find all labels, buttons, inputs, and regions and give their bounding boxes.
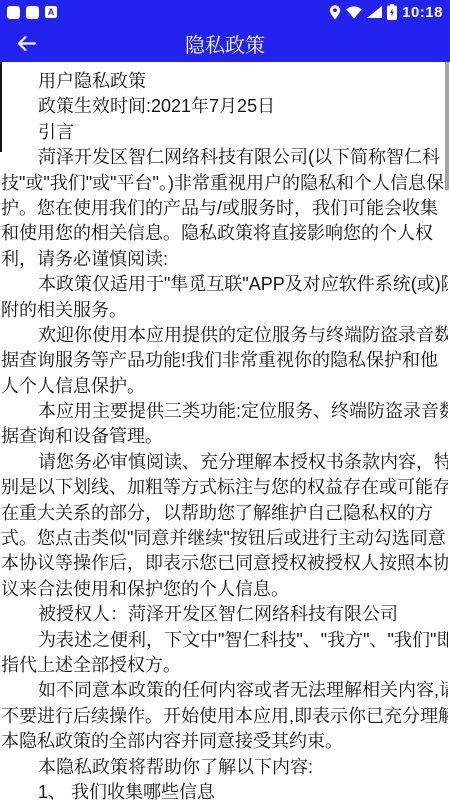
status-bar: A 10:18 (0, 0, 450, 24)
letter-a-badge-icon: A (45, 6, 57, 18)
clock: 10:18 (402, 4, 443, 21)
battery-charging-icon (387, 4, 397, 20)
notification-icon (7, 6, 20, 19)
policy-line: 被授权人：菏泽开发区智仁网络科技有限公司 (1, 602, 448, 627)
policy-line: 欢迎你使用本应用提供的定位服务与终端防盗录音数 (1, 323, 448, 348)
left-edge-line (0, 62, 2, 152)
policy-line: 议来合法使用和保护您的个人信息。 (1, 577, 448, 602)
policy-line: 据查询和设备管理。 (1, 424, 448, 449)
policy-line: 本隐私政策的全部内容并同意接受其约束。 (1, 729, 448, 754)
policy-line: 本应用主要提供三类功能:定位服务、终端防盗录音数 (1, 399, 448, 424)
wifi-icon (346, 6, 362, 19)
policy-line: 和使用您的相关信息。隐私政策将直接影响您的个人权 (1, 221, 448, 246)
status-icons: 10:18 (329, 4, 443, 21)
policy-line: 据查询服务等产品功能!我们非常重视你的隐私保护和他 (1, 348, 448, 373)
policy-line: 用户隐私政策 (1, 69, 448, 94)
policy-line: 护。您在使用我们的产品与/或服务时，我们可能会收集 (1, 196, 448, 221)
page-title: 隐私政策 (0, 29, 450, 58)
policy-line: 如不同意本政策的任何内容或者无法理解相关内容,请 (1, 678, 448, 703)
app-bar: 隐私政策 (0, 24, 450, 62)
policy-line: 利，请务必谨慎阅读: (1, 247, 448, 272)
policy-line: 政策生效时间:2021年7月25日 (1, 94, 448, 119)
policy-line: 请您务必审慎阅读、充分理解本授权书条款内容，特 (1, 450, 448, 475)
back-button[interactable] (14, 31, 38, 55)
policy-line: 本协议等操作后，即表示您已同意授权被授权人按照本协 (1, 551, 448, 576)
notification-icons: A (7, 6, 57, 19)
policy-line: 本政策仅适用于"隼觅互联"APP及对应软件系统(或)随 (1, 272, 448, 297)
policy-line: 菏泽开发区智仁网络科技有限公司(以下简称智仁科 (1, 145, 448, 170)
policy-line: 本隐私政策将帮助你了解以下内容: (1, 755, 448, 780)
policy-text: 用户隐私政策政策生效时间:2021年7月25日引言菏泽开发区智仁网络科技有限公司… (0, 62, 450, 800)
policy-line: 式。您点击类似"同意并继续"按钮后或进行主动勾选同意 (1, 526, 448, 551)
policy-line: 不要进行后续操作。开始使用本应用,即表示你已充分理解 (1, 704, 448, 729)
policy-line: 指代上述全部授权方。 (1, 653, 448, 678)
policy-line: 引言 (1, 120, 448, 145)
policy-line: 技"或"我们"或"平台"。)非常重视用户的隐私和个人信息保 (1, 171, 448, 196)
policy-line: 人个人信息保护。 (1, 374, 448, 399)
location-icon (329, 5, 341, 20)
policy-line: 1、 我们收集哪些信息 (1, 780, 448, 800)
arrow-left-icon (16, 33, 37, 54)
policy-line: 为表述之便利，下文中"智仁科技"、"我方"、"我们"即 (1, 628, 448, 653)
policy-line: 附的相关服务。 (1, 298, 448, 323)
policy-scroll-area[interactable]: 用户隐私政策政策生效时间:2021年7月25日引言菏泽开发区智仁网络科技有限公司… (0, 62, 450, 800)
scrollbar-thumb[interactable] (445, 62, 449, 190)
policy-line: 别是以下划线、加粗等方式标注与您的权益存在或可能存 (1, 475, 448, 500)
signal-icon (367, 6, 382, 18)
notification-icon (26, 6, 39, 19)
policy-line: 在重大关系的部分，以帮助您了解维护自己隐私权的方 (1, 501, 448, 526)
